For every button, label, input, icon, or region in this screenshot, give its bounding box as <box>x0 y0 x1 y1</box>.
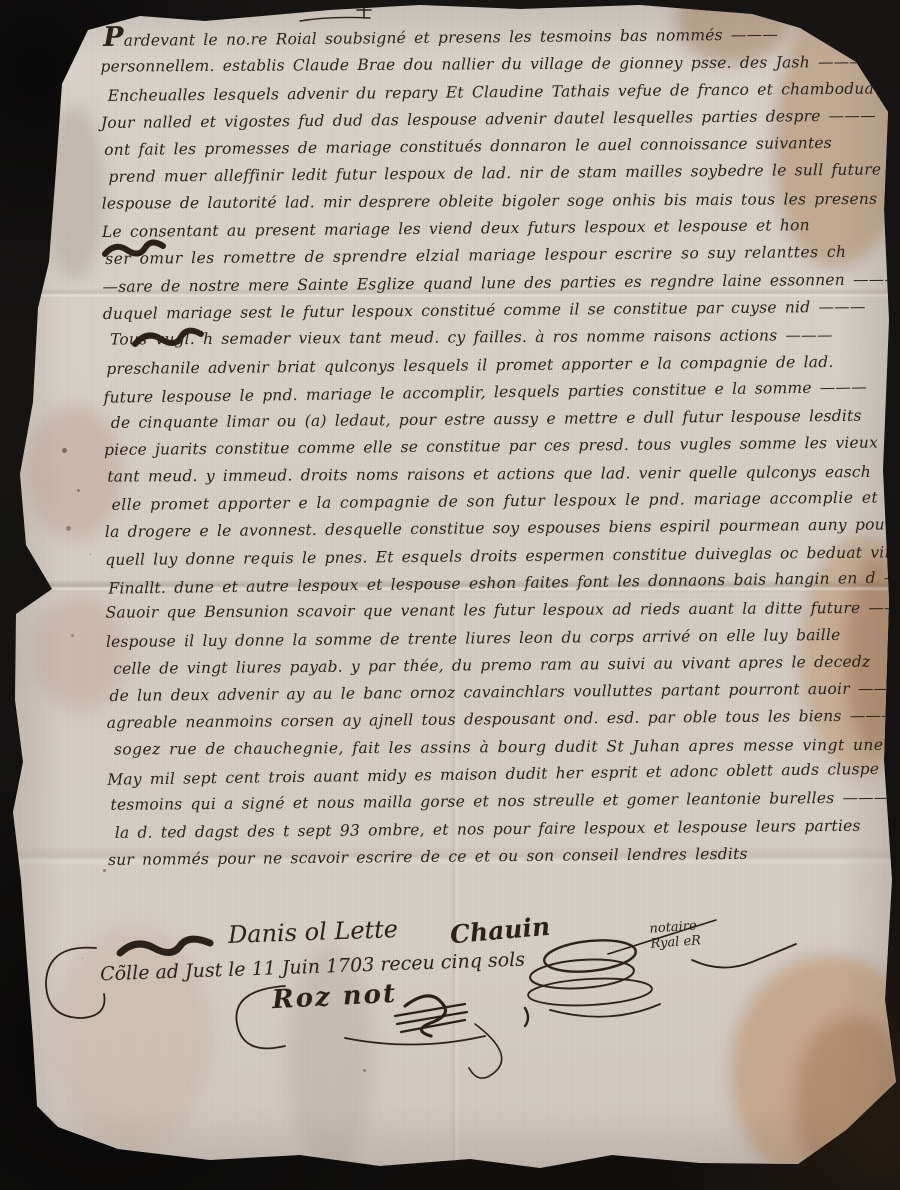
manuscript-line: Tous vugl. h semader vieux tant meud. cy… <box>110 322 895 354</box>
closing-mention: Danis ol Lette <box>228 915 399 949</box>
ink-flourish-mark-2 <box>133 328 205 350</box>
manuscript-paper: Pardevant le no.re Roial soubsigné et pr… <box>0 0 900 1190</box>
manuscript-line: Sauoir que Bensunion scavoir que venant … <box>106 595 898 627</box>
signature-roz-paraph <box>225 972 645 1082</box>
manuscript-line: lespouse de lautorité lad. mir desprere … <box>102 186 894 218</box>
photograph-background: Pardevant le no.re Roial soubsigné et pr… <box>0 0 900 1190</box>
manuscript-text-block: Pardevant le no.re Roial soubsigné et pr… <box>100 16 900 874</box>
notary-flourish <box>690 930 800 970</box>
ink-flourish-mark-1 <box>103 240 167 260</box>
manuscript-line: personnellem. establis Claude Brae dou n… <box>100 49 892 81</box>
manuscript-line: tant meud. y immeud. droits noms raisons… <box>107 459 896 491</box>
